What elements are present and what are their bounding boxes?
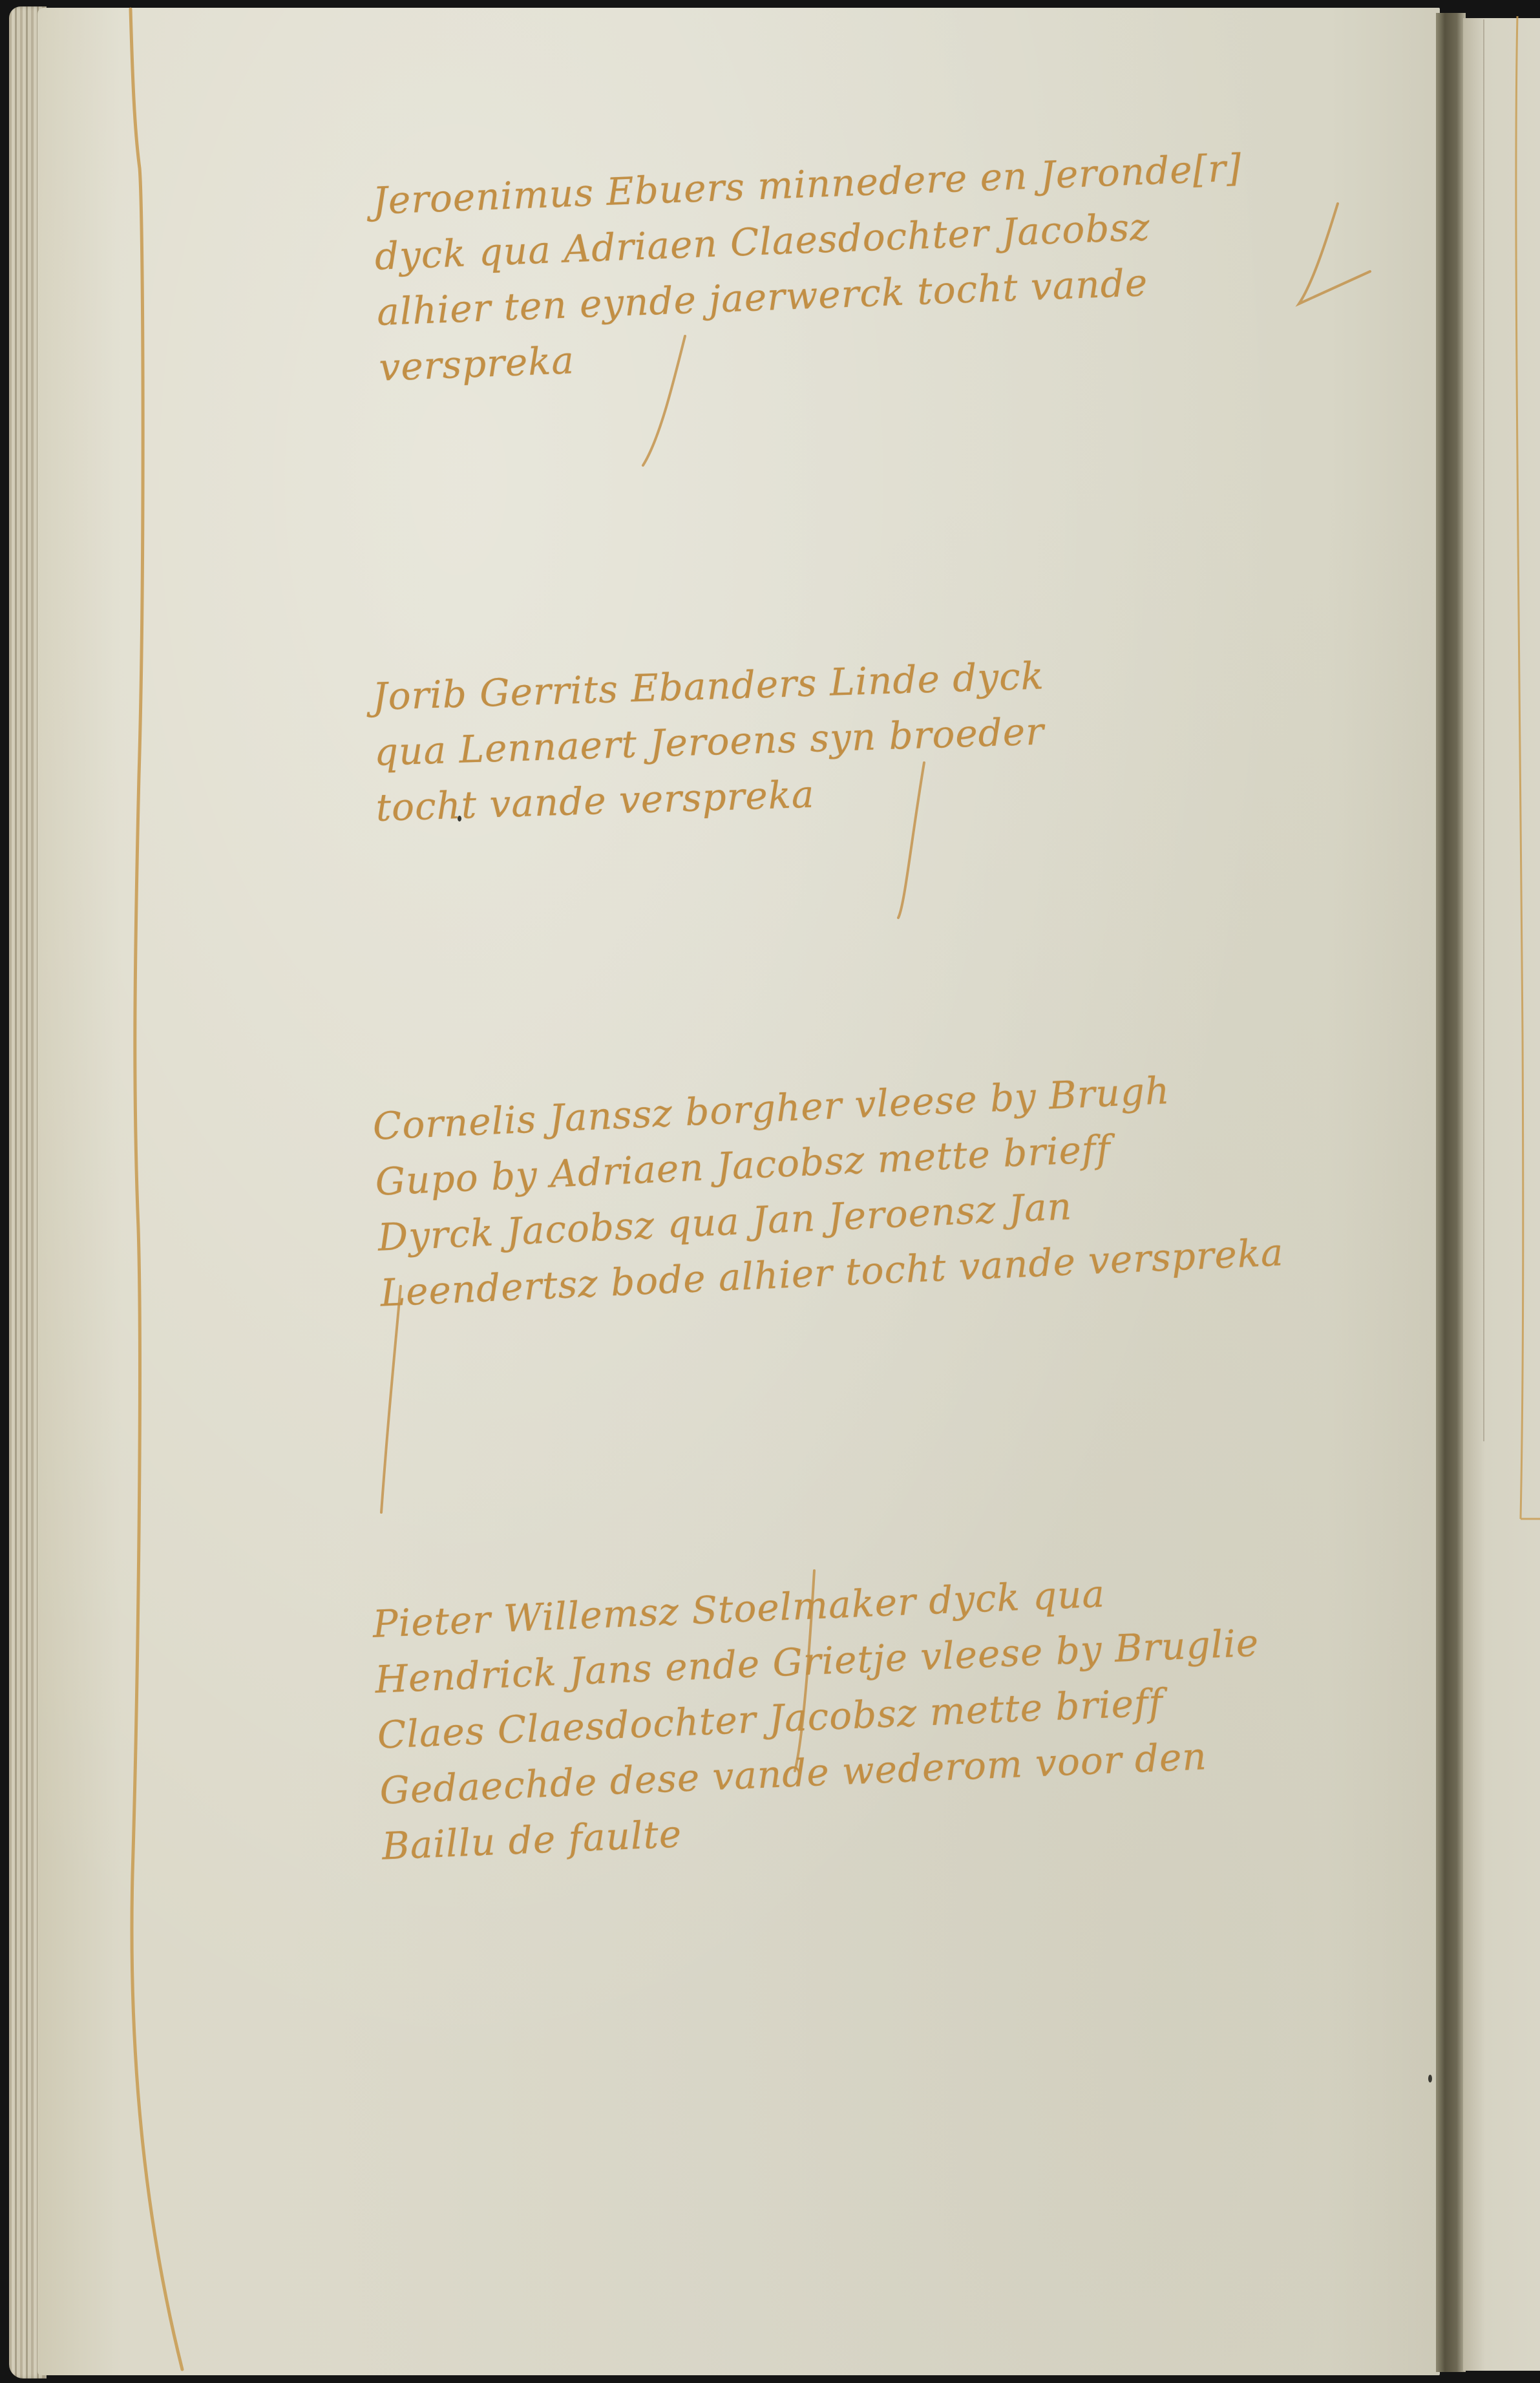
entry-3: Cornelis Janssz borgher vleese by Brugh … [372, 1053, 1395, 1321]
book-scan: Jeroenimus Ebuers minnedere en Jeronde[r… [0, 0, 1540, 2383]
entry-2: Jorib Gerrits Ebanders Linde dyck qua Le… [372, 637, 1391, 836]
entry-1: Jeroenimus Ebuers minnedere en Jeronde[r… [372, 134, 1394, 396]
entry-4: Pieter Willemsz Stoelmaker dyck qua Hend… [372, 1554, 1397, 1874]
ink-speck [458, 816, 461, 821]
binding-gutter [1436, 13, 1466, 2372]
ink-speck [1428, 2075, 1432, 2082]
facing-page-edge [1463, 18, 1540, 2371]
inserted-slip-edge [1483, 19, 1484, 1441]
